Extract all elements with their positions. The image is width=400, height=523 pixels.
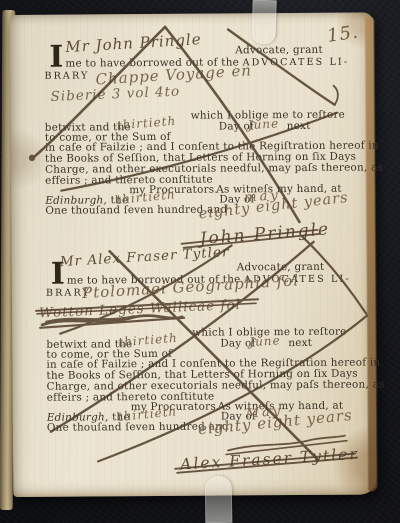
- handwritten-borrower: Mr John Pringle: [65, 33, 202, 53]
- book-title-line-scored: Wotton Leges Wallicae fol: [39, 299, 241, 319]
- handwritten-return-month: June: [249, 334, 281, 348]
- handwritten-return-day: thirtieth: [118, 332, 178, 349]
- printed-next: next: [287, 121, 311, 132]
- dropcap-initial: I: [49, 46, 63, 70]
- mounting-strap-top: [251, 0, 277, 44]
- borrow-entry-2: I Mr Alex Fraser Tytler Advocate, grant …: [12, 252, 377, 487]
- borrow-entry-1: I Mr John Pringle Advocate, grant me to …: [10, 35, 375, 270]
- advocates-library-caps: Advocates Li-: [243, 57, 350, 69]
- handwritten-signature: John Pringle: [199, 223, 330, 245]
- handwritten-signature-scored: Alex Fraser Tytler: [180, 448, 359, 471]
- printed-advocate-grant: Advocate, grant: [235, 45, 323, 57]
- book-title-line: Siberie 3 vol 4to: [50, 86, 180, 103]
- printed-next: next: [288, 338, 312, 349]
- ledger-page: 15. I Mr John Pringle Advocate, grant me…: [10, 12, 376, 497]
- photographed-book-page: 15. I Mr John Pringle Advocate, grant me…: [0, 0, 400, 523]
- handwritten-return-month: June: [247, 117, 279, 131]
- handwritten-return-day: thirtieth: [116, 115, 176, 132]
- printed-brary: brary: [44, 70, 89, 81]
- mounting-strap-bottom: [205, 476, 233, 523]
